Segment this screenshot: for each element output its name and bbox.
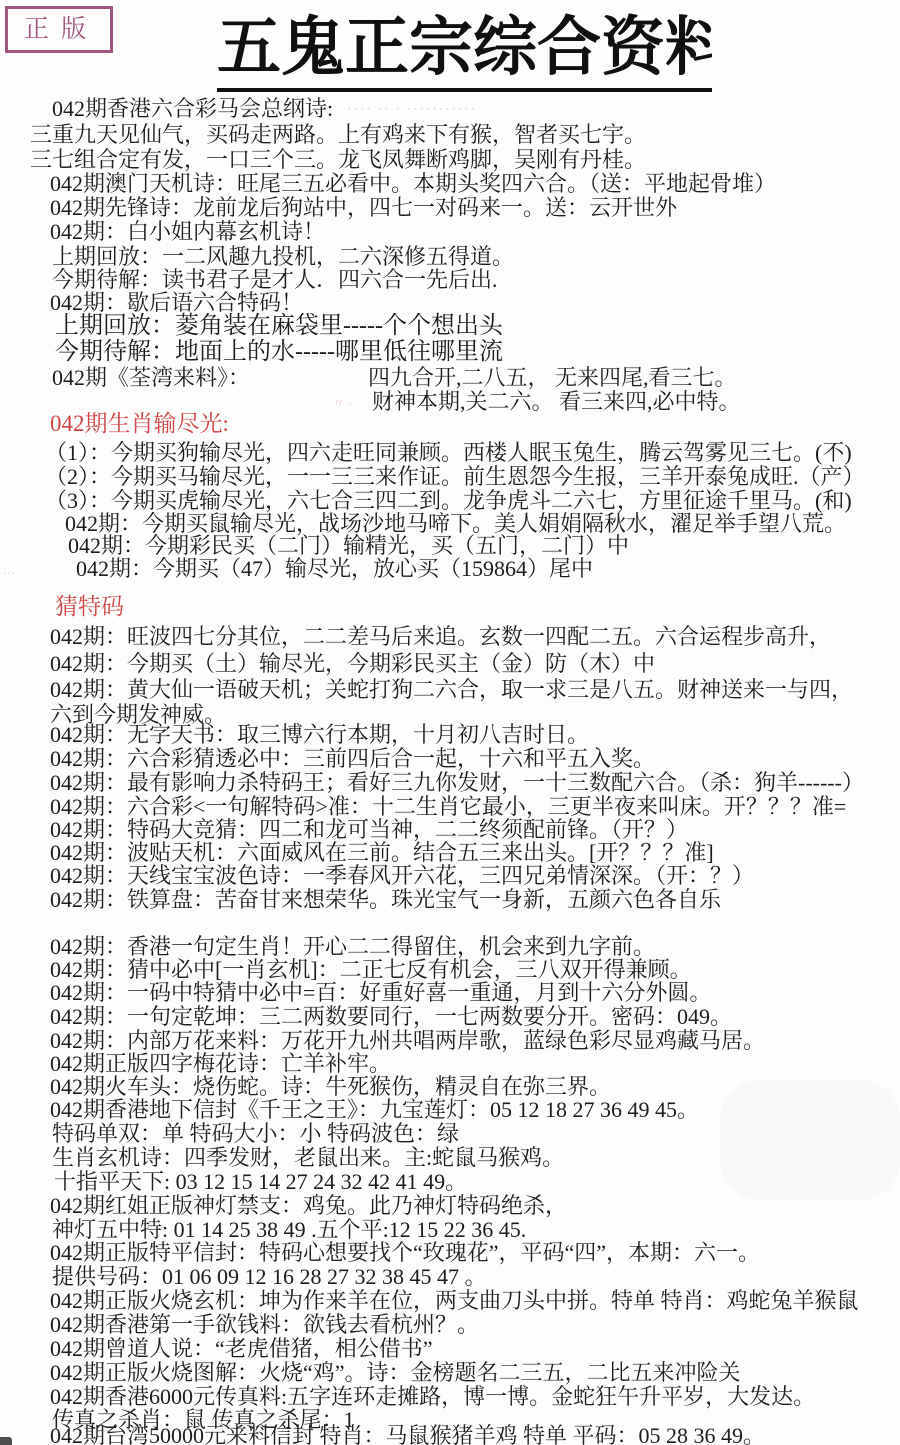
text-line: 042期：天线宝宝波色诗：一季春风开六花，三四兄弟情深深。（开：？） — [50, 864, 754, 888]
document-lines: 042期香港六合彩马会总纲诗:···· ·· · ···········三重九天… — [0, 0, 900, 1445]
text-line: 042期先锋诗：龙前龙后狗站中，四七一对码来一。送：云开世外 — [50, 196, 677, 220]
text-line: 042期正版火烧玄机：坤为作来羊在位，两支曲刀头中拼。特单 特肖：鸡蛇兔羊猴鼠 — [50, 1289, 859, 1313]
text-line: 十指平天下: 03 12 15 14 27 24 32 42 41 49。 — [54, 1170, 467, 1194]
faded-text: ···· ·· · ··········· — [347, 101, 477, 116]
text-line: 042期：今期彩民买（二门）输精光，买（五门，二门）中 — [68, 534, 629, 558]
scan-corner-artifact — [0, 1437, 12, 1445]
text-line: 042期《荃湾来料》： — [52, 366, 250, 390]
text-line: 042期：六合彩猜透必中：三前四后合一起，十六和平五入奖。 — [50, 747, 655, 771]
text-line: 神灯五中特: 01 14 25 38 49 .五个平:12 15 22 36 4… — [52, 1218, 526, 1242]
text-line: 042期正版特平信封：特码心想要找个“玫瑰花”，平码“四”，本期：六一。 — [50, 1241, 760, 1265]
text-line: 042期：波贴天机：六面威风在三前。结合五三来出头。[开？？？准] — [50, 841, 714, 865]
text-line: 上期回放：一二风趣九投机，二六深修五得道。 — [52, 245, 514, 269]
text-line: 042期：一句定乾坤：三二两数要同行，一七两数要分开。密码：049。 — [50, 1005, 732, 1029]
text-line: 042期：今期买（土）输尽光，今期彩民买主（金）防（木）中 — [50, 652, 655, 676]
text-line: 042期：内部万花来料：万花开九州共唱两岸歌，蓝绿色彩尽显鸡藏马居。 — [50, 1029, 765, 1053]
text-line: 042期曾道人说：“老虎借猪，相公借书” — [50, 1337, 433, 1361]
text-line: 财神本期,关二六。 看三来四,必中特。 — [372, 390, 741, 414]
text-line: 今期待解：读书君子是才人．四六合一先后出. — [52, 268, 498, 292]
text-line: 提供号码：01 06 09 12 16 28 27 32 38 45 47 。 — [52, 1265, 487, 1289]
text-line: 上期回放：菱角装在麻袋里-----个个想出头 — [55, 314, 503, 338]
scan-bleed-artifact: 〃· — [332, 393, 355, 412]
text-line: 042期香港六合彩马会总纲诗:···· ·· · ··········· — [52, 97, 477, 121]
scanned-lottery-sheet: 正版 五鬼正宗综合资料 042期香港六合彩马会总纲诗:···· ·· · ···… — [0, 0, 900, 1445]
text-line: 三七组合定有发，一口三个三。龙飞凤舞断鸡脚，吴刚有丹桂。 — [30, 148, 646, 172]
text-line: 042期：特码大竞猜：四二和龙可当神，二二终须配前锋。（开？） — [50, 818, 688, 842]
text-line: 042期生肖输尽光: — [50, 412, 229, 436]
scan-smudge-artifact: ⋯ — [3, 566, 16, 581]
text-line: 042期红姐正版神灯禁支：鸡兔。此乃神灯特码绝杀， — [50, 1194, 567, 1218]
text-line: 042期火车头：烧伤蛇。诗：牛死猴伤，精灵自在弥三界。 — [50, 1075, 611, 1099]
text-line: 042期正版火烧图解：火烧“鸡”。诗：金榜题名二三五，二比五来冲险关 — [50, 1361, 741, 1385]
text-line: 042期：歇后语六合特码！ — [50, 291, 303, 315]
text-line: 生肖玄机诗：四季发财，老鼠出来。主:蛇鼠马猴鸡。 — [52, 1146, 564, 1170]
scan-shading-artifact — [720, 1080, 900, 1200]
text-line: （3）：今期买虎输尽光，六七合三四二到。龙争虎斗二六七，方里征途千里马。(和) — [45, 489, 852, 513]
text-line: 042期：无字天书：取三博六行本期，十月初八吉时日。 — [50, 723, 589, 747]
text-line: 特码单双：单 特码大小：小 特码波色：绿 — [52, 1122, 459, 1146]
text-line: 042期：最有影响力杀特码王；看好三九你发财，一十三数配六合。（杀：狗羊----… — [50, 771, 864, 795]
text-line: 042期：旺波四七分其位，二二差马后来追。玄数一四配二五。六合运程步高升， — [50, 625, 831, 649]
text-line: 042期香港第一手欲钱料：欲钱去看杭州？。 — [50, 1313, 479, 1337]
text-line: 042期：今期买（47）输尽光，放心买（159864）尾中 — [76, 557, 593, 581]
text-line: 猜特码 — [55, 595, 124, 619]
text-line: 042期：黄大仙一语破天机；关蛇打狗二六合，取一求三是八五。财神送来一与四， — [50, 678, 853, 702]
text-line: 042期台湾50000元来料信封 特肖：马鼠猴猪羊鸡 特单 平码：05 28 3… — [50, 1424, 765, 1445]
text-line: 三重九天见仙气，买码走两路。上有鸡来下有猴，智者买七宇。 — [30, 123, 646, 147]
text-line: 042期：白小姐内幕玄机诗！ — [50, 220, 325, 244]
text-line: 042期正版四字梅花诗：亡羊补牢。 — [50, 1052, 391, 1076]
text-line: （1）：今期买狗输尽光，四六走旺同兼顾。西楼人眠玉兔生，腾云驾雾见三七。(不) — [45, 441, 852, 465]
text-line: 042期：猜中必中[一肖玄机]：二正七反有机会，三八双开得兼顾。 — [50, 958, 692, 982]
text-line: 042期：铁算盘：苦奋甘来想荣华。珠光宝气一身新，五颜六色各自乐 — [50, 888, 721, 912]
text-line: 042期香港6000元传真料:五字连环走摊路，博一博。金蛇狂午升平岁，大发达。 — [50, 1385, 815, 1409]
text-line: 四九合开,二八五， 无来四尾,看三七。 — [368, 366, 737, 390]
text-line: 042期香港地下信封《千王之王》：九宝莲灯：05 12 18 27 36 49 … — [50, 1098, 699, 1122]
text-line: 042期：六合彩<一句解特码>准：十二生肖它最小，三更半夜来叫床。开？？？准= — [50, 795, 846, 819]
text-line: （2）：今期买马输尽光，一一三三来作证。前生恩怨今生报，三羊开泰兔成旺.（产） — [45, 465, 865, 489]
text-line: 042期：一码中特猜中必中=百：好重好喜一重通，月到十六分外圆。 — [50, 981, 711, 1005]
text-line: 今期待解：地面上的水-----哪里低往哪里流 — [55, 340, 503, 364]
text-line: 042期澳门天机诗：旺尾三五必看中。本期头奖四六合。（送：平地起骨堆） — [50, 172, 776, 196]
text-line: 042期：香港一句定生肖！开心二二得留住，机会来到九字前。 — [50, 935, 655, 959]
